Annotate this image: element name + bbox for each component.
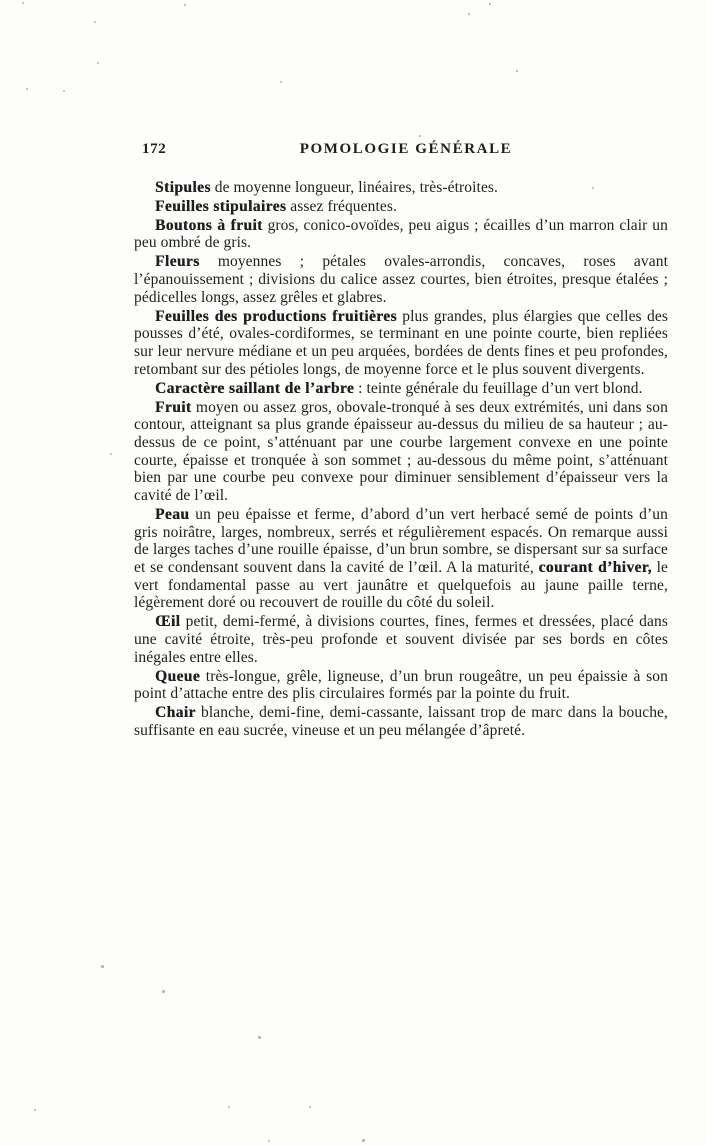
paragraph-lead: Boutons à fruit <box>155 217 263 234</box>
scan-speck <box>489 3 491 5</box>
paragraph: Peau un peu épaisse et ferme, d’abord d’… <box>134 506 668 612</box>
paragraph-text: blanche, demi-fine, demi-cassante, laiss… <box>134 704 668 739</box>
paragraph-lead: Feuilles des productions fruitières <box>155 308 397 325</box>
paragraph-text: : teinte générale du feuillage d’un vert… <box>354 380 642 397</box>
scan-speck <box>22 2 24 4</box>
scan-speck <box>268 1140 270 1142</box>
paragraph-lead: Œil <box>155 613 180 630</box>
paragraph: Feuilles stipulaires assez fréquentes. <box>134 198 668 216</box>
paragraph-lead: Stipules <box>155 179 211 196</box>
paragraph: Fruit moyen ou assez gros, obovale-tronq… <box>134 399 668 505</box>
scan-speck <box>162 990 165 993</box>
scan-speck <box>101 965 104 968</box>
paragraph: Œil petit, demi-fermé, à divisions court… <box>134 613 668 666</box>
paragraph: Chair blanche, demi-fine, demi-cassante,… <box>134 704 668 739</box>
paragraph-lead: Chair <box>155 704 196 721</box>
running-title: POMOLOGIE GÉNÉRALE <box>139 141 673 158</box>
scan-speck <box>468 13 470 15</box>
scan-speck <box>184 4 186 6</box>
scan-speck <box>26 88 28 90</box>
scan-speck <box>94 21 96 23</box>
paragraph: Boutons à fruit gros, conico-ovoïdes, pe… <box>134 217 668 252</box>
paragraph-lead: Fleurs <box>155 253 200 270</box>
scan-speck <box>419 135 421 137</box>
page-header: 172 POMOLOGIE GÉNÉRALE <box>134 141 668 159</box>
text-body: Stipules de moyenne longueur, linéaires,… <box>134 179 668 740</box>
paragraph-lead: Feuilles stipulaires <box>155 198 286 215</box>
scan-speck <box>34 1109 36 1111</box>
paragraph: Caractère saillant de l’arbre : teinte g… <box>134 380 668 398</box>
paragraph-lead: Queue <box>155 668 200 685</box>
scan-speck <box>280 81 282 83</box>
paragraph-text: très-longue, grêle, ligneuse, d’un brun … <box>134 668 668 703</box>
paragraph-text: petit, demi-fermé, à divisions courtes, … <box>134 613 668 665</box>
scan-speck <box>228 1106 230 1108</box>
paragraph-text: assez fréquentes. <box>286 198 397 215</box>
paragraph-lead: Peau <box>155 506 189 523</box>
scan-speck <box>309 1106 311 1108</box>
paragraph: Feuilles des productions fruitières plus… <box>134 308 668 379</box>
paragraph-text: de moyenne longueur, linéaires, très-étr… <box>211 179 498 196</box>
book-page: 172 POMOLOGIE GÉNÉRALE Stipules de moyen… <box>0 0 707 1146</box>
paragraph-lead: courant d’hiver, <box>539 559 652 576</box>
scan-speck <box>110 453 112 455</box>
scan-speck <box>63 90 65 92</box>
scan-speck <box>362 1139 365 1142</box>
paragraph-lead: Caractère saillant de l’arbre <box>155 380 354 397</box>
paragraph: Fleurs moyennes ; pétales ovales-arrondi… <box>134 253 668 306</box>
page-content: 172 POMOLOGIE GÉNÉRALE Stipules de moyen… <box>134 141 668 740</box>
scan-speck <box>97 62 99 64</box>
paragraph: Queue très-longue, grêle, ligneuse, d’un… <box>134 668 668 703</box>
paragraph-lead: Fruit <box>155 399 191 416</box>
scan-speck <box>258 1036 261 1039</box>
paragraph: Stipules de moyenne longueur, linéaires,… <box>134 179 668 197</box>
paragraph-text: moyennes ; pétales ovales-arrondis, conc… <box>134 253 668 305</box>
paragraph-text: moyen ou assez gros, obovale-tronqué à s… <box>134 399 668 505</box>
scan-speck <box>516 70 518 72</box>
